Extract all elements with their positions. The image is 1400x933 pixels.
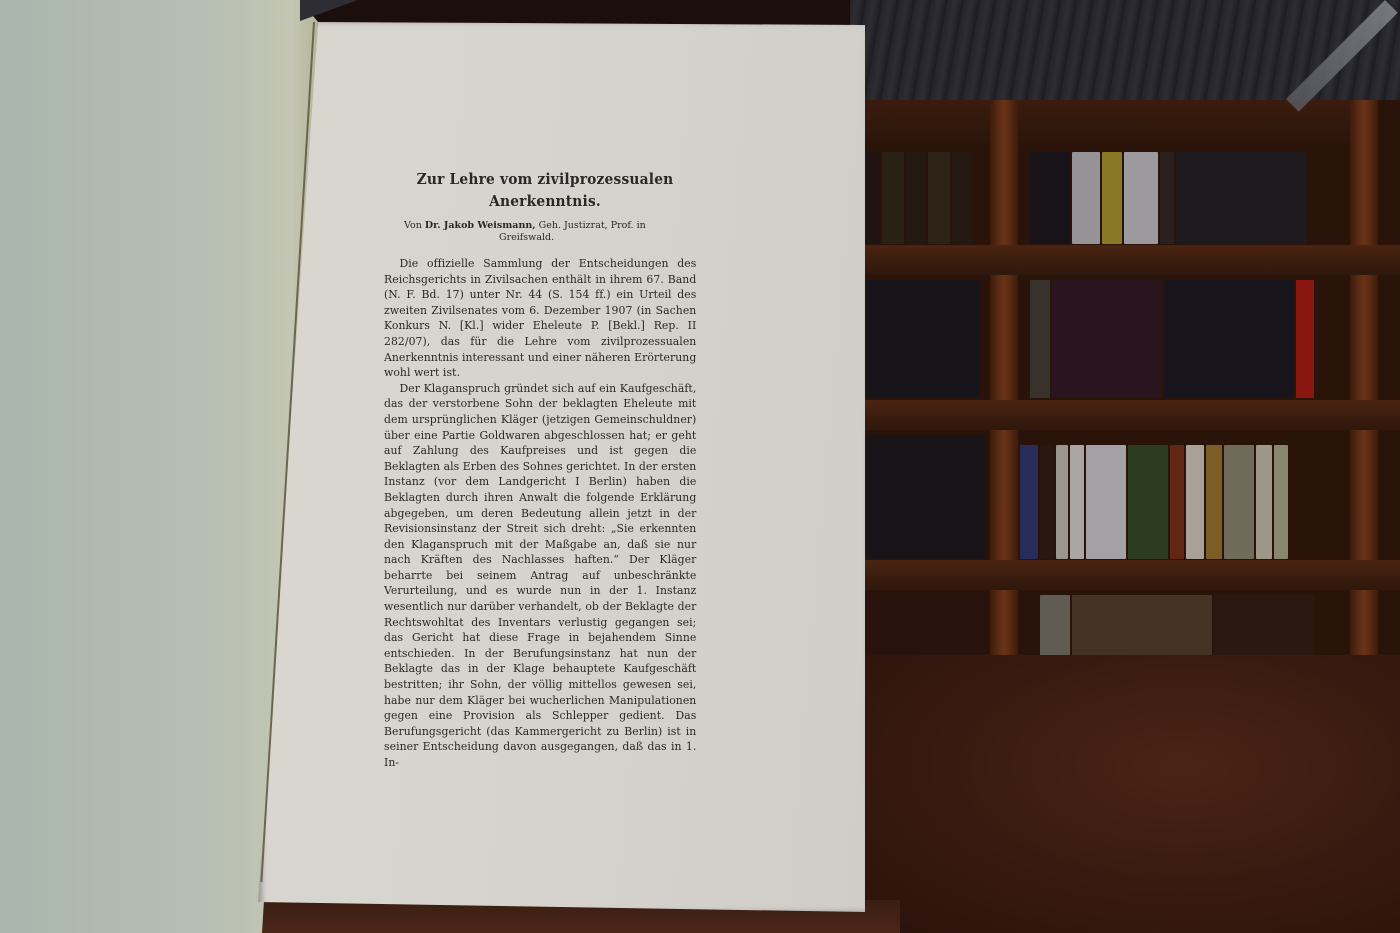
- book-row: [860, 435, 985, 559]
- book-row: [1040, 595, 1314, 660]
- wooden-table: [855, 655, 1400, 933]
- byline-prefix: Von: [404, 220, 422, 231]
- author-name: Dr. Jakob Weismann,: [425, 220, 536, 231]
- book-row: [860, 595, 985, 660]
- shelf-board: [850, 560, 1400, 590]
- byline: Von Dr. Jakob Weismann, Geh. Justizrat, …: [384, 220, 706, 244]
- title-line-1: Zur Lehre vom zivilprozessualen: [397, 168, 693, 190]
- ceiling: [850, 0, 1400, 110]
- paragraph-2: Der Klaganspruch gründet sich auf ein Ka…: [384, 381, 696, 771]
- author-location: Greifswald.: [404, 232, 706, 244]
- title-line-2: Anerkenntnis.: [397, 190, 693, 212]
- shelf-board: [850, 400, 1400, 430]
- book-row: [1030, 152, 1306, 244]
- paragraph-1: Die offizielle Sammlung der Entscheidung…: [384, 256, 696, 381]
- shelf-board: [850, 245, 1400, 275]
- article-title: Zur Lehre vom zivilprozessualen Anerkenn…: [397, 168, 693, 212]
- page-text: Zur Lehre vom zivilprozessualen Anerkenn…: [384, 168, 706, 771]
- book-row: [1030, 280, 1314, 398]
- author-credentials: Geh. Justizrat, Prof. in: [539, 220, 646, 231]
- book-row: [860, 280, 980, 398]
- book-row: [1020, 445, 1288, 559]
- book-row: [860, 152, 972, 244]
- shelf-top-frame: [850, 100, 1360, 145]
- bookshelf: [850, 100, 1400, 660]
